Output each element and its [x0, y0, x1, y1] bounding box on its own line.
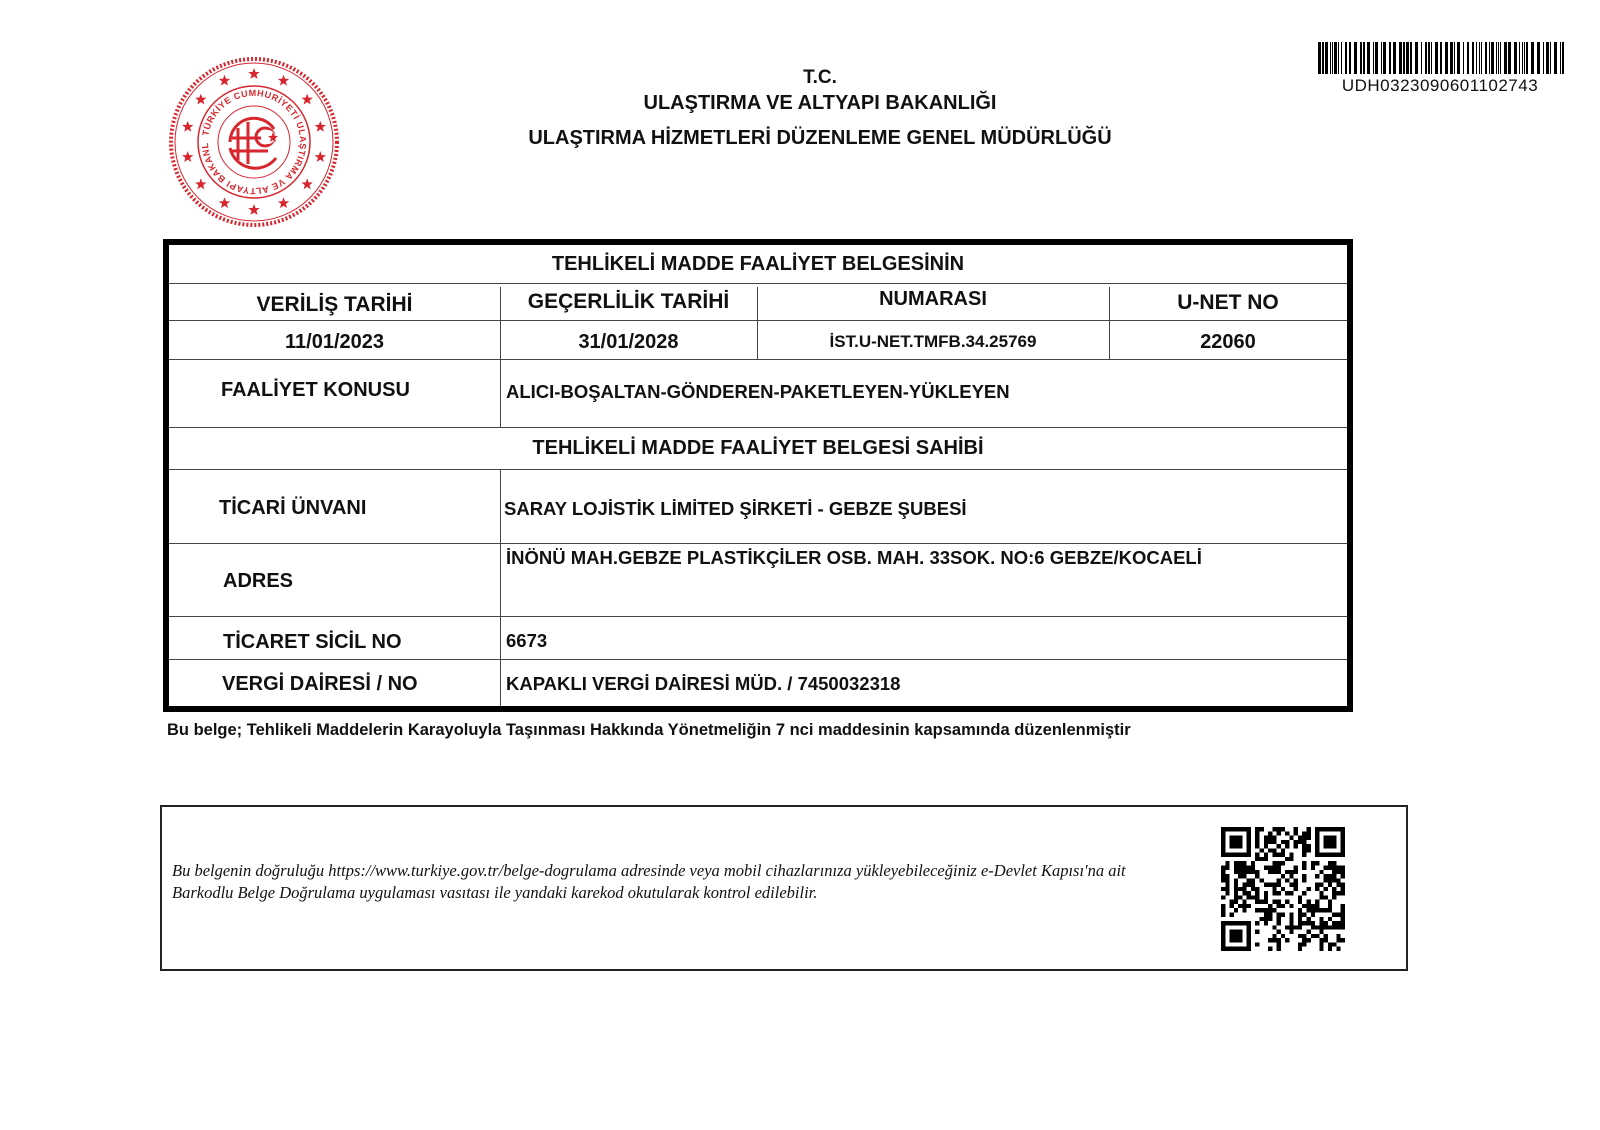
issue-date-value: 11/01/2023 — [169, 331, 500, 354]
trade-name-value: SARAY LOJİSTİK LİMİTED ŞİRKETİ - GEBZE Ş… — [504, 498, 967, 520]
column-header-unet-no: U-NET NO — [1109, 291, 1347, 315]
tax-office-label: VERGİ DAİRESİ / NO — [222, 673, 418, 696]
ministry-seal-icon: TÜRKİYE CUMHURİYETİ ULAŞTIRMA VE ALTYAPI… — [168, 56, 340, 228]
barcode-number: UDH0323090601102743 — [1300, 76, 1580, 96]
header-directorate: ULAŞTIRMA HİZMETLERİ DÜZENLEME GENEL MÜD… — [420, 127, 1220, 150]
address-value: İNÖNÜ MAH.GEBZE PLASTİKÇİLER OSB. MAH. 3… — [506, 547, 1202, 569]
validity-date-value: 31/01/2028 — [500, 331, 757, 354]
barcode-icon — [1318, 42, 1564, 74]
column-header-number: NUMARASI — [757, 288, 1109, 311]
unet-no-value: 22060 — [1109, 331, 1347, 354]
verification-text: Bu belgenin doğruluğu https://www.turkiy… — [172, 860, 1182, 904]
regulation-note: Bu belge; Tehlikeli Maddelerin Karayoluy… — [167, 720, 1167, 741]
header-ministry: ULAŞTIRMA VE ALTYAPI BAKANLIĞI — [420, 92, 1220, 115]
address-label: ADRES — [223, 570, 293, 593]
trade-name-label: TİCARİ ÜNVANI — [219, 497, 366, 520]
trade-registry-value: 6673 — [506, 630, 547, 652]
tax-office-value: KAPAKLI VERGİ DAİRESİ MÜD. / 7450032318 — [506, 673, 900, 695]
qr-code-icon[interactable] — [1221, 827, 1345, 951]
activity-label: FAALİYET KONUSU — [221, 379, 410, 402]
certificate-number-value: İST.U-NET.TMFB.34.25769 — [757, 332, 1109, 352]
trade-registry-label: TİCARET SİCİL NO — [223, 631, 402, 654]
column-header-validity-date: GEÇERLİLİK TARİHİ — [500, 290, 757, 314]
column-header-issue-date: VERİLİŞ TARİHİ — [169, 293, 500, 317]
activity-value: ALICI-BOŞALTAN-GÖNDEREN-PAKETLEYEN-YÜKLE… — [506, 381, 1010, 403]
header-tc: T.C. — [420, 67, 1220, 89]
certificate-title: TEHLİKELİ MADDE FAALİYET BELGESİNİN — [169, 253, 1347, 276]
owner-section-title: TEHLİKELİ MADDE FAALİYET BELGESİ SAHİBİ — [169, 437, 1347, 460]
certificate-table: TEHLİKELİ MADDE FAALİYET BELGESİNİN VERİ… — [163, 239, 1353, 712]
